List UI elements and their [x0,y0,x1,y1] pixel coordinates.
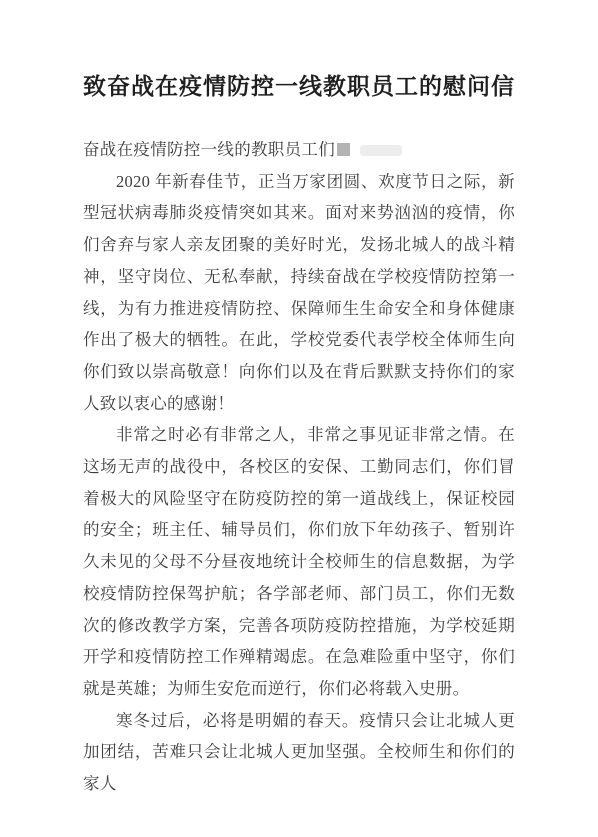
paragraph-1: 2020 年新春佳节，正当万家团圆、欢度节日之际，新型冠状病毒肺炎疫情突如其来。… [83,166,515,420]
redaction-box [337,143,350,156]
letter-body: 奋战在疫情防控一线的教职员工们 2020 年新春佳节，正当万家团圆、欢度节日之际… [83,134,515,800]
letter-title: 致奋战在疫情防控一线教职员工的慰问信 [0,0,598,102]
redaction-smudge [360,145,402,156]
paragraph-3-truncated: 寒冬过后，必将是明媚的春天。疫情只会让北城人更加团结，苦难只会让北城人更加坚强。… [83,705,515,800]
letter-page: 致奋战在疫情防控一线教职员工的慰问信 奋战在疫情防控一线的教职员工们 2020 … [0,0,598,837]
paragraph-2: 非常之时必有非常之人，非常之事见证非常之情。在这场无声的战役中，各校区的安保、工… [83,419,515,704]
salutation-text: 奋战在疫情防控一线的教职员工们 [83,140,335,159]
salutation-line: 奋战在疫情防控一线的教职员工们 [83,134,515,166]
